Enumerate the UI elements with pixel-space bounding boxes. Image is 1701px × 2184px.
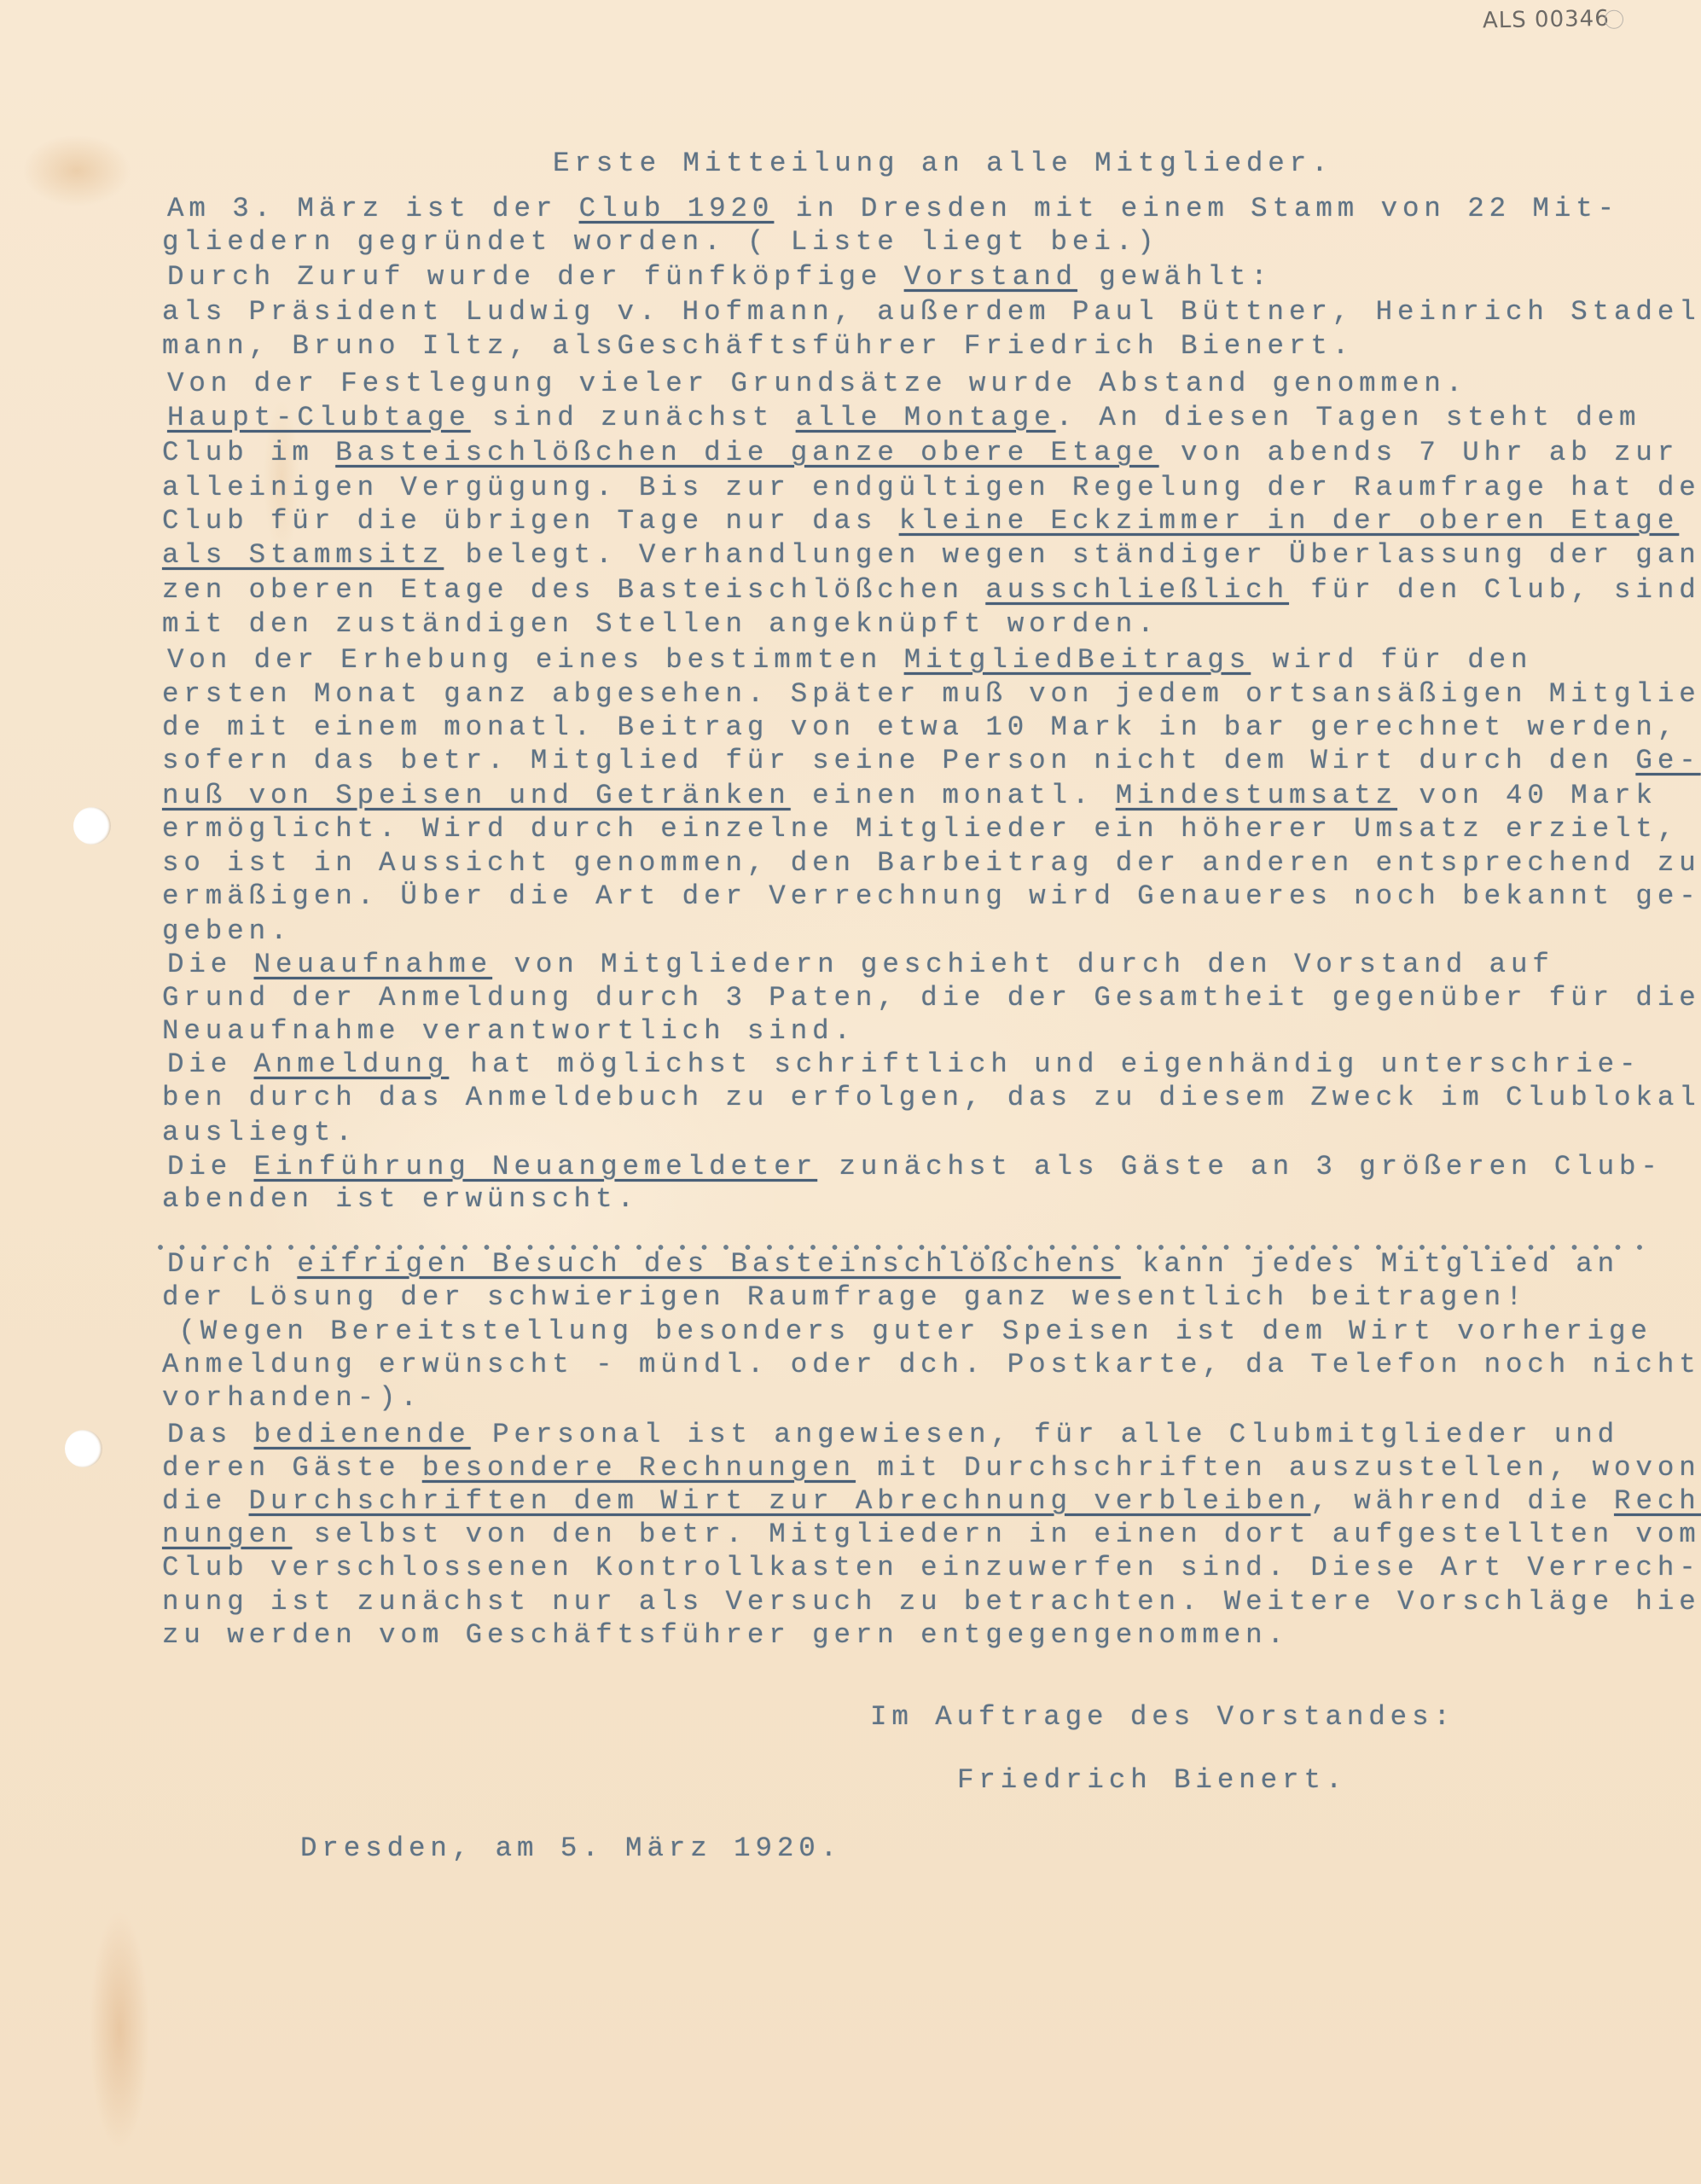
text-segment: Club verschlossenen Kontrollkasten einzu… [162, 1552, 1701, 1583]
text-line: Von der Festlegung vieler Grundsätze wur… [167, 367, 1467, 401]
text-segment: alleinigen Vergügung. Bis zur endgültige… [162, 472, 1701, 503]
underlined-text: MitgliedBeitrags [904, 644, 1251, 676]
text-line: der Lösung der schwierigen Raumfrage gan… [162, 1281, 1527, 1315]
text-line: de mit einem monatl. Beitrag von etwa 10… [162, 711, 1679, 745]
underlined-text: besondere Rechnungen [422, 1452, 856, 1484]
text-segment: von 40 Mark [1397, 780, 1657, 811]
signature: Friedrich Bienert. [957, 1763, 1347, 1798]
text-segment: hat möglichst schriftlich und eigenhändi… [449, 1048, 1640, 1080]
underlined-text: Vorstand [904, 261, 1077, 293]
text-segment: Club im [162, 437, 335, 468]
text-line: geben. [162, 915, 292, 949]
text-segment: Neuaufnahme verantwortlich sind. [162, 1015, 856, 1047]
text-segment: abenden ist erwünscht. [162, 1183, 639, 1215]
underlined-text: eifrigen Besuch des Basteinschlößchens [297, 1248, 1120, 1280]
text-line: Die Anmeldung hat möglichst schriftlich … [167, 1048, 1640, 1082]
text-segment: . An diesen Tagen steht dem [1056, 402, 1641, 433]
text-segment: der Lösung der schwierigen Raumfrage gan… [162, 1281, 1527, 1313]
text-segment: wird für den [1251, 644, 1532, 676]
text-segment: Personal ist angewiesen, für alle Clubmi… [471, 1419, 1619, 1450]
text-line: Die Einführung Neuangemeldeter zunächst … [167, 1150, 1663, 1184]
text-segment: Die [167, 1151, 254, 1182]
dotted-separator [157, 1244, 1658, 1251]
text-line: ermäßigen. Über die Art der Verrechnung … [162, 880, 1701, 914]
text-line: als Präsident Ludwig v. Hofmann, außerde… [162, 295, 1701, 329]
underlined-text: Anmeldung [254, 1048, 450, 1080]
text-segment: kann jedes Mitglied an [1121, 1248, 1619, 1280]
text-line: abenden ist erwünscht. [162, 1182, 639, 1217]
text-line: ausliegt. [162, 1116, 357, 1150]
text-line: nung ist zunächst nur als Versuch zu bet… [162, 1585, 1701, 1619]
text-line: die Durchschriften dem Wirt zur Abrechnu… [162, 1484, 1701, 1519]
underlined-text: als Stammsitz [162, 539, 444, 571]
text-segment: einen monatl. [791, 780, 1116, 811]
text-segment: Anmeldung erwünscht - mündl. oder dch. P… [162, 1349, 1701, 1380]
text-segment: ermäßigen. Über die Art der Verrechnung … [162, 880, 1701, 912]
text-segment: Durch Zuruf wurde der fünfköpfige [167, 261, 904, 293]
text-segment: belegt. Verhandlungen wegen ständiger Üb… [444, 539, 1701, 571]
text-segment: Am 3. März ist der [167, 193, 579, 224]
text-segment: mann, Bruno Iltz, alsGeschäftsführer Fri… [162, 330, 1354, 362]
text-segment: geben. [162, 915, 292, 947]
text-line: ersten Monat ganz abgesehen. Später muß … [162, 677, 1701, 712]
text-line: gliedern gegründet worden. ( Liste liegt… [162, 225, 1159, 259]
text-line: zen oberen Etage des Basteischlößchen au… [162, 573, 1701, 607]
text-line: Die Neuaufnahme von Mitgliedern geschieh… [167, 948, 1554, 982]
text-line: mann, Bruno Iltz, alsGeschäftsführer Fri… [162, 329, 1354, 363]
text-line: Haupt-Clubtage sind zunächst alle Montag… [167, 401, 1640, 435]
text-segment: nung ist zunächst nur als Versuch zu bet… [162, 1586, 1701, 1618]
text-line: ben durch das Anmeldebuch zu erfolgen, d… [162, 1081, 1701, 1115]
text-segment: Club für die übrigen Tage nur das [162, 505, 899, 537]
text-segment: selbst von den betr. Mitgliedern in eine… [292, 1519, 1700, 1550]
text-line: Club im Basteischlößchen die ganze obere… [162, 436, 1679, 470]
text-segment: ben durch das Anmeldebuch zu erfolgen, d… [162, 1082, 1701, 1113]
text-line: Durch Zuruf wurde der fünfköpfige Vorsta… [167, 260, 1273, 294]
underlined-text: Basteischlößchen die ganze obere Etage [335, 437, 1158, 468]
text-segment: zen oberen Etage des Basteischlößchen [162, 574, 985, 606]
punch-hole-upper [73, 807, 111, 845]
text-line: Das bedienende Personal ist angewiesen, … [167, 1418, 1619, 1452]
text-segment: von Mitgliedern geschieht durch den Vors… [492, 949, 1554, 980]
text-line: nuß von Speisen und Getränken einen mona… [162, 779, 1657, 813]
text-segment: mit den zuständigen Stellen angeknüpft w… [162, 608, 1159, 640]
text-segment: Von der Festlegung vieler Grundsätze wur… [167, 368, 1467, 399]
text-line: Von der Erhebung eines bestimmten Mitgli… [167, 643, 1532, 677]
place-date: Dresden, am 5. März 1920. [300, 1832, 842, 1866]
underlined-text: bedienende [254, 1419, 471, 1450]
text-segment: zu werden vom Geschäftsführer gern entge… [162, 1619, 1289, 1651]
text-line: Club verschlossenen Kontrollkasten einzu… [162, 1551, 1701, 1585]
text-segment: von abends 7 Uhr ab zur [1159, 437, 1680, 468]
text-segment: die [162, 1485, 249, 1517]
text-segment: , während die [1310, 1485, 1614, 1517]
text-segment: Das [167, 1419, 254, 1450]
text-line: Club für die übrigen Tage nur das kleine… [162, 504, 1679, 538]
document-title: Erste Mitteilung an alle Mitglieder. [553, 147, 1333, 181]
underlined-text: alle Montage [796, 402, 1056, 433]
text-line: zu werden vom Geschäftsführer gern entge… [162, 1618, 1289, 1653]
text-segment: Die [167, 949, 254, 980]
text-segment: ausliegt. [162, 1117, 357, 1148]
underlined-text: Haupt-Clubtage [167, 402, 471, 433]
text-line: Anmeldung erwünscht - mündl. oder dch. P… [162, 1348, 1701, 1382]
text-segment: Von der Erhebung eines bestimmten [167, 644, 904, 676]
text-segment: gliedern gegründet worden. ( Liste liegt… [162, 226, 1159, 258]
text-line: Neuaufnahme verantwortlich sind. [162, 1014, 856, 1048]
text-segment: in Dresden mit einem Stamm von 22 Mit- [774, 193, 1619, 224]
underlined-text: Rech- [1614, 1485, 1701, 1517]
text-line: sofern das betr. Mitglied für seine Pers… [162, 744, 1701, 778]
text-segment: sofern das betr. Mitglied für seine Pers… [162, 745, 1635, 776]
text-line: alleinigen Vergügung. Bis zur endgültige… [162, 471, 1701, 505]
text-line: deren Gäste besondere Rechnungen mit Dur… [162, 1451, 1701, 1485]
text-line: so ist in Aussicht genommen, den Barbeit… [162, 846, 1701, 880]
text-segment: vorhanden-). [162, 1382, 422, 1414]
text-segment: so ist in Aussicht genommen, den Barbeit… [162, 847, 1701, 879]
text-segment: Durch [167, 1248, 297, 1280]
archive-id-text: ALS 00346 [1483, 6, 1610, 34]
text-segment: zunächst als Gäste an 3 größeren Club- [817, 1151, 1663, 1182]
underlined-text: nuß von Speisen und Getränken [162, 780, 791, 811]
text-segment: ersten Monat ganz abgesehen. Später muß … [162, 678, 1701, 710]
underlined-text: Mindestumsatz [1116, 780, 1397, 811]
text-line: mit den zuständigen Stellen angeknüpft w… [162, 607, 1159, 642]
underlined-text: Durchschriften dem Wirt zur Abrechnung v… [249, 1485, 1311, 1517]
text-segment: für den Club, sind [1289, 574, 1701, 606]
text-line: Durch eifrigen Besuch des Basteinschlößc… [167, 1247, 1619, 1281]
text-segment: (Wegen Bereitstellung besonders guter Sp… [157, 1316, 1652, 1347]
underlined-text: ausschließlich [985, 574, 1289, 606]
text-line: ermöglicht. Wird durch einzelne Mitglied… [162, 812, 1679, 846]
underlined-text: nungen [162, 1519, 292, 1550]
archive-id-stamp: ALS 00346 [1483, 6, 1623, 34]
underlined-text: Neuaufnahme [254, 949, 492, 980]
text-segment: deren Gäste [162, 1452, 422, 1484]
text-segment: als Präsident Ludwig v. Hofmann, außerde… [162, 296, 1701, 328]
text-segment: Die [167, 1048, 254, 1080]
text-segment: gewählt: [1077, 261, 1273, 293]
text-line: Grund der Anmeldung durch 3 Paten, die d… [162, 981, 1701, 1015]
text-line: als Stammsitz belegt. Verhandlungen wege… [162, 538, 1701, 572]
text-line: Am 3. März ist der Club 1920 in Dresden … [167, 192, 1619, 226]
text-segment: mit Durchschriften auszustellen, wovon [856, 1452, 1701, 1484]
circle-mark-icon [1605, 9, 1623, 28]
text-line: (Wegen Bereitstellung besonders guter Sp… [157, 1315, 1652, 1349]
text-segment: de mit einem monatl. Beitrag von etwa 10… [162, 712, 1679, 743]
underlined-text: Ge- [1635, 745, 1700, 776]
text-line: vorhanden-). [162, 1381, 422, 1415]
text-segment: sind zunächst [471, 402, 796, 433]
underlined-text: Einführung Neuangemeldeter [254, 1151, 817, 1182]
text-line: nungen selbst von den betr. Mitgliedern … [162, 1518, 1701, 1552]
text-segment: ermöglicht. Wird durch einzelne Mitglied… [162, 813, 1679, 845]
underlined-text: Club 1920 [579, 193, 775, 224]
closing-on-behalf: Im Auftrage des Vorstandes: [870, 1700, 1455, 1734]
underlined-text: kleine Eckzimmer in der oberen Etage [899, 505, 1680, 537]
punch-hole-lower [65, 1430, 102, 1467]
text-segment: Grund der Anmeldung durch 3 Paten, die d… [162, 982, 1701, 1014]
